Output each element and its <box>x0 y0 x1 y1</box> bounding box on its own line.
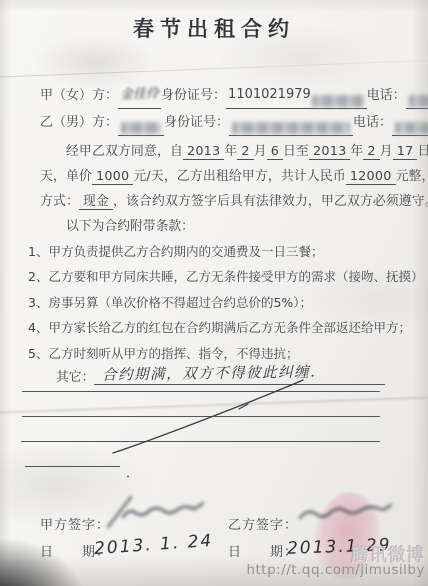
party-b-signature-label: 乙方签字： <box>228 514 298 533</box>
parties-section: 甲（女）方： 金佳伶 身份证号： 1101021979 电话： 乙（男）方： 身… <box>40 84 428 138</box>
party-a-phone-field <box>406 95 428 109</box>
start-month: 2 <box>237 145 253 160</box>
party-b-id-label: 身份证号： <box>164 109 229 136</box>
paper-crease <box>0 59 428 78</box>
party-a-signature-label: 甲方签字： <box>40 514 110 533</box>
other-handwritten-text: 合约期满，双方不得彼此纠缠． <box>102 360 326 384</box>
party-b-row: 乙（男）方： 身份证号： 电话： <box>40 111 428 138</box>
watermark-url: http://t.qq.com/jimusilby <box>246 562 425 578</box>
clauses-list: 1、甲方负责提供乙方合约期内的交通费及一日三餐； 2、乙方要和甲方同床共睡，乙方… <box>28 239 423 366</box>
censored-blur <box>409 95 428 107</box>
party-a-row: 甲（女）方： 金佳伶 身份证号： 1101021979 电话： <box>40 84 428 111</box>
daily-price: 1000 <box>92 170 133 185</box>
blank-line-short <box>25 466 120 467</box>
attached-clauses-intro: 以下为合约附带条款： <box>66 215 194 234</box>
start-year: 2013 <box>183 145 224 160</box>
party-a-id-visible: 1101021979 <box>228 81 311 108</box>
other-label: 其它： <box>56 366 94 385</box>
terms-line-3: 方式：现金，该合约双方签字后具有法律效力，甲乙双方必须遵守。 <box>40 189 428 214</box>
party-a-label: 甲（女）方： <box>40 82 118 109</box>
blank-line <box>21 441 380 442</box>
clause-4: 4、甲方家长给乙方的红包在合约期满后乙方无条件全部返还给甲方； <box>28 315 423 340</box>
party-a-name-field: 金佳伶 <box>118 81 161 109</box>
party-a-signature-scribble <box>103 494 215 530</box>
censored-blur <box>312 95 364 107</box>
blank-line <box>22 391 380 392</box>
contract-photo: 春节出租合约 甲（女）方： 金佳伶 身份证号： 1101021979 电话： 乙… <box>0 0 428 586</box>
party-a-name: 金佳伶 <box>120 80 160 108</box>
end-month: 2 <box>363 145 379 160</box>
terms-line-2: 天，单价1000元/天，乙方出租给甲方，共计人民币12000元整，支付 <box>40 164 428 189</box>
end-year: 2013 <box>309 145 350 160</box>
party-b-label: 乙（男）方： <box>40 109 118 136</box>
party-b-id-field <box>229 122 353 136</box>
party-b-phone-field <box>392 122 428 136</box>
party-a-id-label: 身份证号： <box>161 82 226 109</box>
total-price: 12000 <box>346 170 396 185</box>
page-title: 春节出租合约 <box>0 13 428 43</box>
trailing-period: ． <box>126 462 139 481</box>
clause-2: 2、乙方要和甲方同床共睡，乙方无条件接受甲方的需求（接吻、抚摸） <box>28 264 423 289</box>
party-b-name-field <box>118 122 164 136</box>
party-a-id-field: 1101021979 <box>226 81 367 109</box>
clause-1: 1、甲方负责提供乙方合约期内的交通费及一日三餐； <box>28 239 423 264</box>
censored-blur <box>395 122 428 134</box>
clause-3: 3、房事另算（单次价格不得超过合约总价的5%）； <box>28 290 423 315</box>
blank-line <box>22 416 380 417</box>
other-field: 合约期满，双方不得彼此纠缠． <box>94 362 385 385</box>
terms-paragraph: 经甲乙双方同意，自2013年2月6日至2013年2月17日共计12 天，单价10… <box>40 139 428 214</box>
other-clause-row: 其它： 合约期满，双方不得彼此纠缠． <box>56 362 385 385</box>
censored-blur <box>121 122 161 134</box>
terms-line-1: 经甲乙双方同意，自2013年2月6日至2013年2月17日共计12 <box>40 139 428 164</box>
payment-method: 现金 <box>79 195 113 210</box>
censored-blur <box>232 122 350 134</box>
party-a-phone-label: 电话： <box>367 82 406 109</box>
end-day: 17 <box>393 145 418 160</box>
party-b-phone-label: 电话： <box>353 109 392 136</box>
start-day: 6 <box>267 145 283 160</box>
party-a-date-handwritten: 2013. 1. 24 <box>93 531 213 559</box>
